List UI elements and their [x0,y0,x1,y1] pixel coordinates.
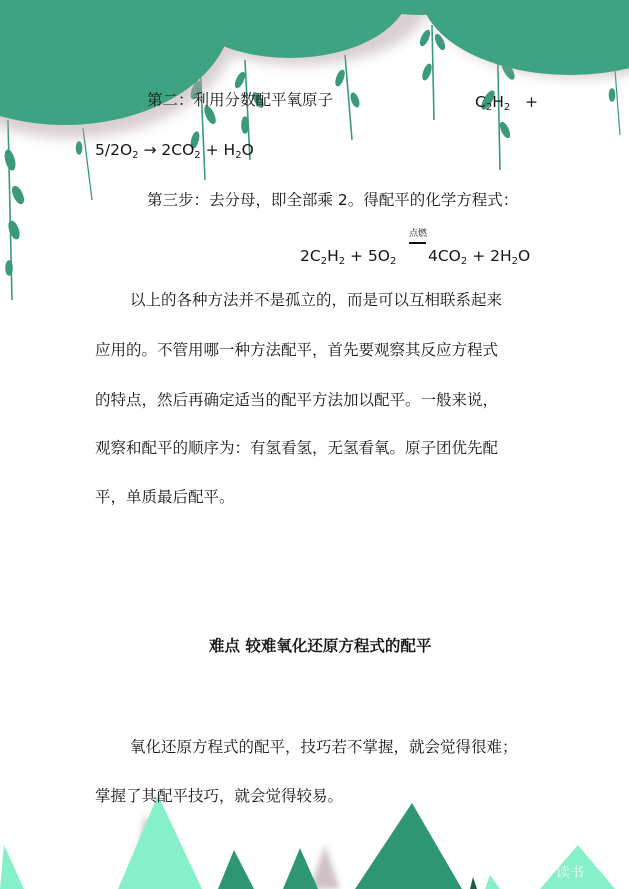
reactant: 2C [300,247,321,265]
reaction-condition: 点燃 [408,229,428,239]
chem-symbol: C [475,93,486,111]
balanced-equation-rhs: 4CO2 + 2H2O [428,246,530,266]
product: + 2H [472,247,511,265]
step3-label: 第三步：去分母，即全部乘 2。得配平的化学方程式： [147,190,518,210]
arrow-icon: → [143,141,156,159]
paragraph1-line-4: 观察和配平的顺序为：有氢看氢，无氢看氧。原子团优先配 [95,438,498,458]
paragraph1-line-3: 的特点，然后再确定适当的配平方法加以配平。一般来说， [95,390,498,410]
reactant: 5/2O [95,141,132,159]
mountains-icon [0,795,615,889]
product: 4CO [428,247,461,265]
step2-label: 第二：利用分数配平氧原子 [147,90,333,110]
step2-equation-continuation: 5/2O2 → 2CO2 + H2O [95,140,254,160]
product: O [242,141,254,159]
paragraph1-line-5: 平，单质最后配平。 [95,487,235,507]
subscript: 2 [194,150,200,161]
reactant: H [327,247,339,265]
paragraph1-line-1: 以上的各种方法并不是孤立的，而是可以互相联系起来 [130,290,502,310]
reactant: + 5O [350,247,390,265]
product: O [518,247,530,265]
product: 2CO [161,141,194,159]
section-heading: 难点 较难氧化还原方程式的配平 [209,636,431,656]
product: + H [206,141,236,159]
operator: + [525,93,538,111]
subscript: 2 [339,256,345,267]
step2-equation-start: C2H2 + [475,92,538,112]
paragraph2-line-1: 氧化还原方程式的配平，技巧若不掌握，就会觉得很难； [130,737,518,757]
subscript: 2 [504,102,510,113]
reaction-arrow-bar [409,242,426,244]
chem-symbol: H [492,93,504,111]
paragraph2-line-2: 掌握了其配平技巧，就会觉得较易。 [95,786,343,806]
subscript: 2 [461,256,467,267]
subscript: 2 [390,256,396,267]
watermark: 读书 [556,862,584,882]
subscript: 2 [132,150,138,161]
paragraph1-line-2: 应用的。不管用哪一种方法配平，首先要观察其反应方程式 [95,340,498,360]
balanced-equation-lhs: 2C2H2 + 5O2 [300,246,396,266]
